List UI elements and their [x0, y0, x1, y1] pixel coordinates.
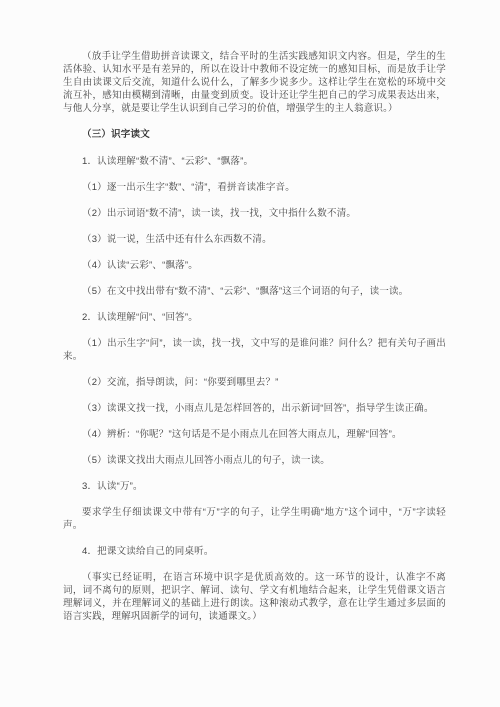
doc-paragraph: （1）出示生字“问”，读一读，找一找，文中写的是谁问谁？问什么？把有关句子画出来… [63, 337, 446, 363]
doc-paragraph: （4）辨析：“你呢？”这句话是不是小雨点儿在回答大雨点儿，理解“回答”。 [63, 428, 446, 441]
doc-paragraph: 2．认读理解“问”、“回答”。 [63, 311, 446, 324]
section-heading: （三）识字读文 [63, 128, 446, 141]
doc-paragraph: 要求学生仔细读课文中带有“万”字的句子，让学生明确“地方”这个词中，“万”字读轻… [63, 506, 446, 532]
doc-paragraph: （事实已经证明，在语言环境中识字是优质高效的。这一环节的设计，认准字不离词，词不… [63, 571, 446, 623]
document-page: （放手让学生借助拼音读课文，结合平时的生活实践感知识文内容。但是，学生的生活体验… [0, 0, 500, 707]
doc-paragraph: （2）交流，指导朗读，问：“你要到哪里去？” [63, 376, 446, 389]
doc-paragraph: （1）逐一出示生字“数”、“清”，看拼音读准字音。 [63, 181, 446, 194]
doc-paragraph: （3）读课文找一找，小雨点儿是怎样回答的，出示新词“回答”，指导学生读正确。 [63, 402, 446, 415]
doc-paragraph: （3）说一说，生活中还有什么东西数不清。 [63, 233, 446, 246]
doc-paragraph: （4）认读“云彩”、“飘落”。 [63, 259, 446, 272]
doc-paragraph: （2）出示词语“数不清”，读一读，找一找，文中指什么数不清。 [63, 207, 446, 220]
doc-paragraph: （5）读课文找出大雨点儿回答小雨点儿的句子，读一读。 [63, 454, 446, 467]
doc-paragraph: （5）在文中找出带有“数不清”、“云彩”、“飘落”这三个词语的句子，读一读。 [63, 285, 446, 298]
doc-paragraph: （放手让学生借助拼音读课文，结合平时的生活实践感知识文内容。但是，学生的生活体验… [63, 50, 446, 115]
document-body: （放手让学生借助拼音读课文，结合平时的生活实践感知识文内容。但是，学生的生活体验… [63, 50, 446, 623]
doc-paragraph: 4．把课文读给自己的同桌听。 [63, 545, 446, 558]
doc-paragraph: 1．认读理解“数不清”、“云彩”、“飘落”。 [63, 155, 446, 168]
doc-paragraph: 3．认读“万”。 [63, 480, 446, 493]
